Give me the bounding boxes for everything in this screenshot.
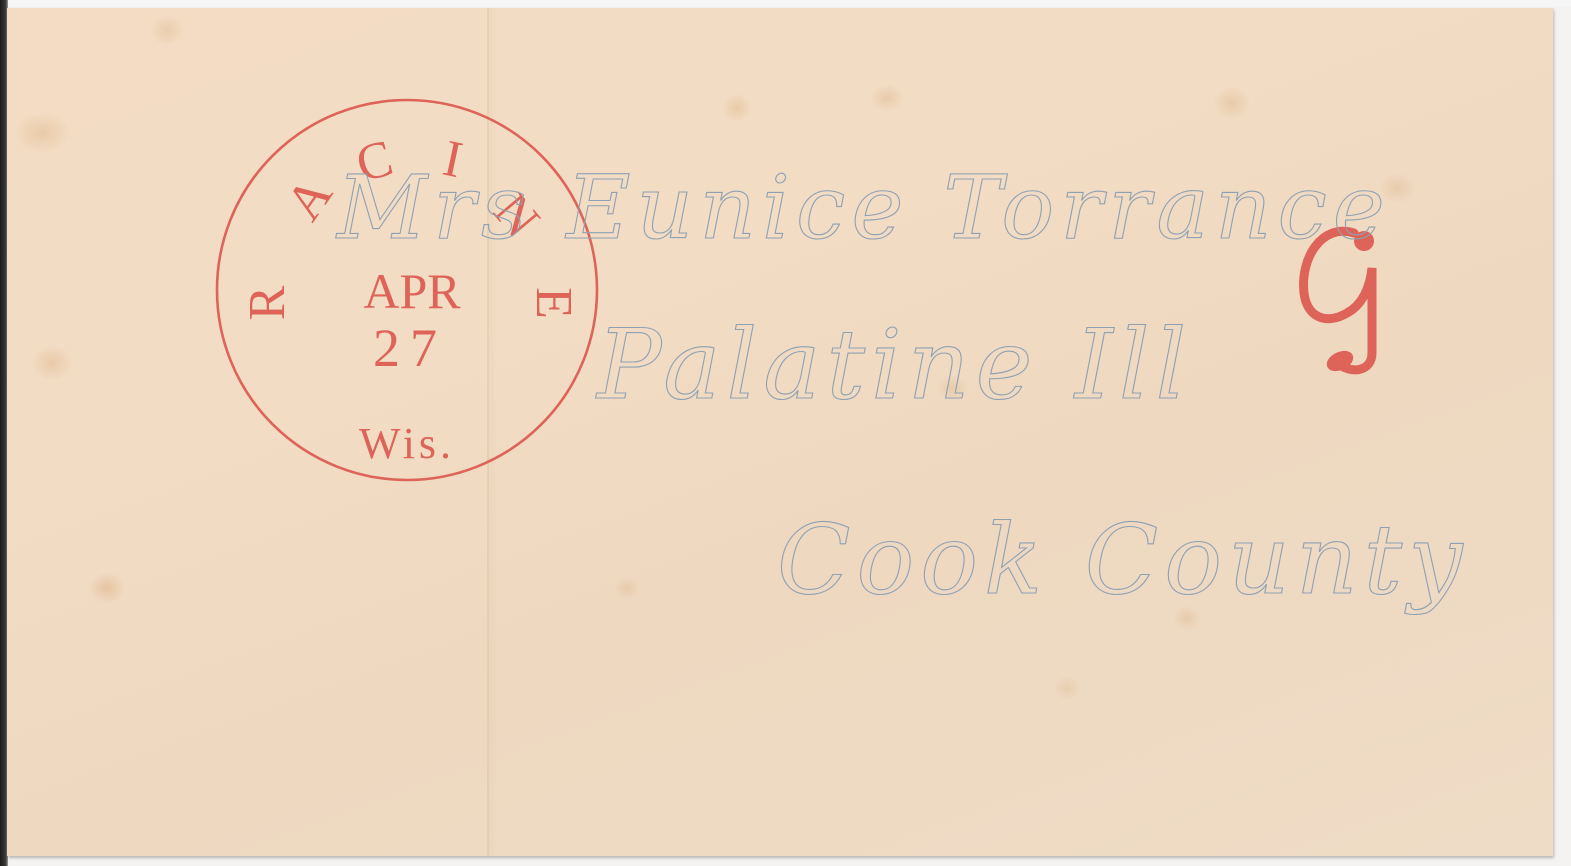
postmark-letter-n: N: [482, 183, 550, 248]
address-line-town: Palatine Ill: [595, 309, 1192, 421]
postmark-letter-c: C: [350, 130, 398, 194]
rate-marking: [1292, 213, 1402, 383]
postmark-month: APR: [363, 263, 461, 319]
address-line-county: Cook County: [777, 504, 1468, 616]
postmark-day: 27: [373, 318, 447, 378]
postmark-letter-a: A: [275, 167, 343, 231]
envelope: R A C I N E APR 27 Wis. Mrs Eunice Torra…: [7, 8, 1553, 856]
circular-datestamp: R A C I N E APR 27 Wis.: [207, 93, 617, 503]
postmark-letter-r: R: [239, 285, 296, 320]
scan-border-top: [0, 0, 1571, 7]
postmark-letter-e: E: [525, 287, 582, 319]
postmark-state: Wis.: [359, 419, 455, 468]
postmark-letter-i: I: [438, 130, 467, 189]
